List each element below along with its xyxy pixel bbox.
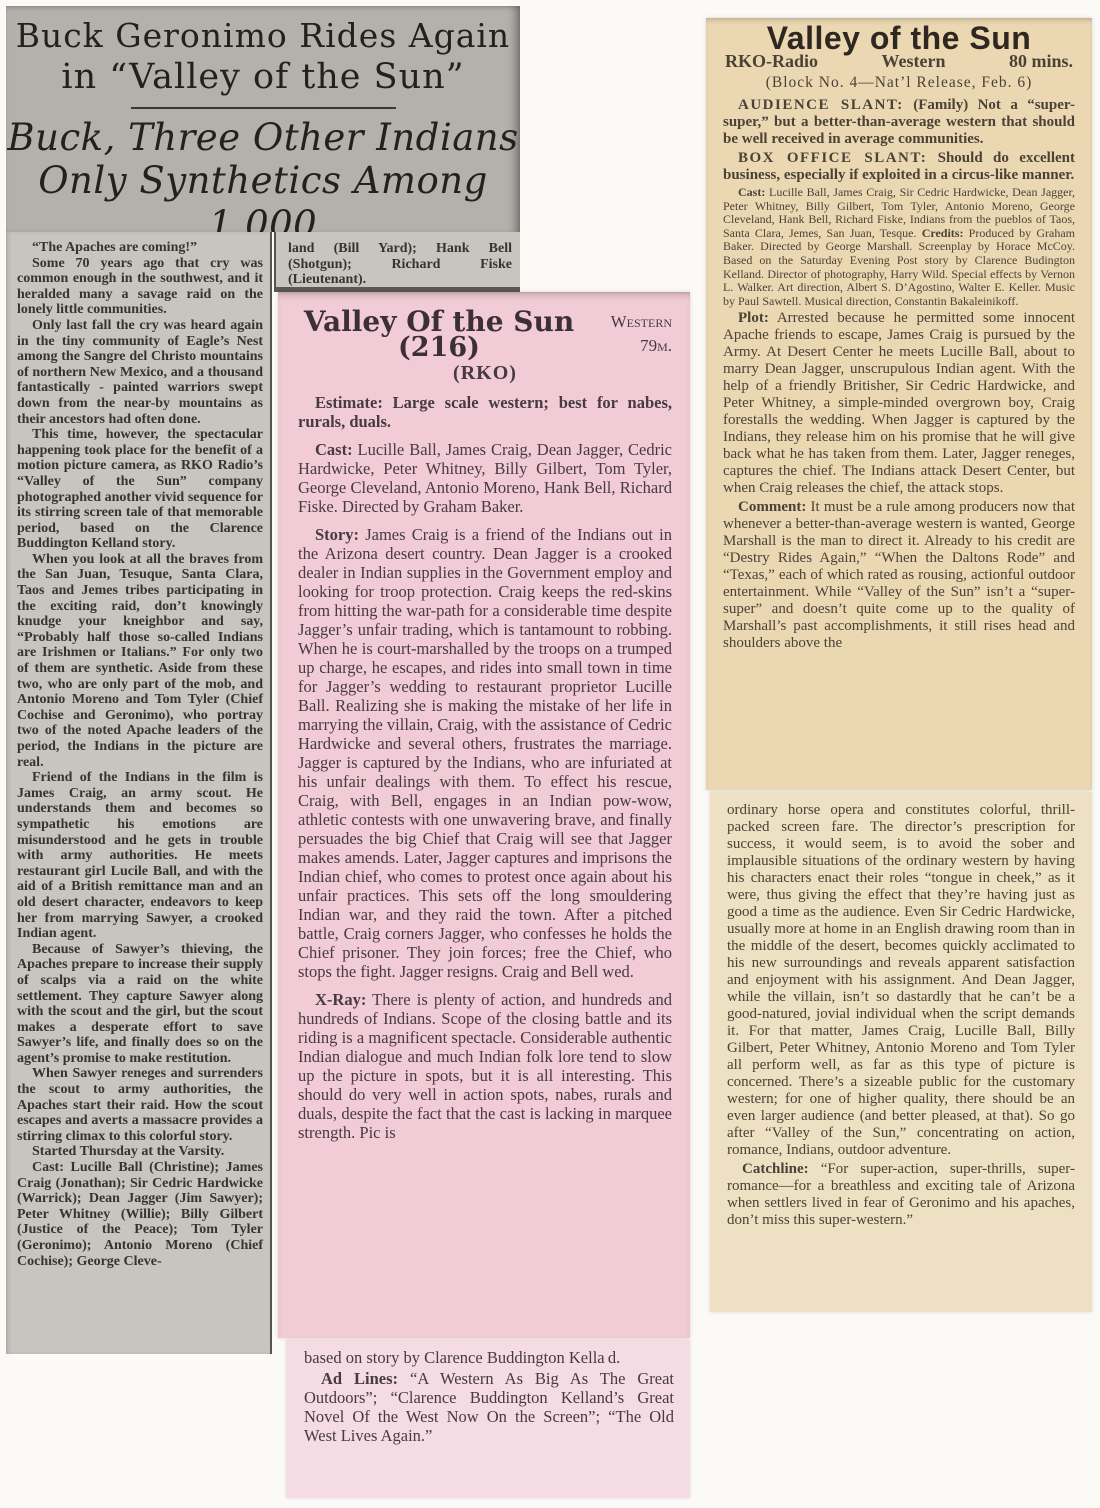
credits-label: Credits: xyxy=(922,226,964,240)
headline-divider xyxy=(131,107,396,109)
article-paragraph: Only last fall the cry was heard again i… xyxy=(17,318,263,427)
article-cast-paragraph: Cast: Lucille Ball (Christine); James Cr… xyxy=(17,1160,263,1269)
xray-continuation-text: based on story by Clarence Buddington Ke… xyxy=(304,1348,674,1367)
genre-runtime-block: Western 79m. xyxy=(580,306,672,358)
movie-title: Valley of the Sun xyxy=(723,30,1075,47)
xray-paragraph: X-Ray: There is plenty of action, and hu… xyxy=(298,990,672,1142)
article-paragraph: Some 70 years ago that cry was common en… xyxy=(17,256,263,318)
comment-text-part1: It must be a rule among producers now th… xyxy=(723,499,1075,651)
xray-label: X-Ray: xyxy=(315,990,366,1009)
plot-paragraph: Plot: Arrested because he permitted some… xyxy=(723,310,1075,497)
article-paragraph: “The Apaches are coming!” xyxy=(17,240,263,256)
pink-review-header: Valley Of the Sun (216) Western 79m. xyxy=(298,306,672,358)
adlines-paragraph: Ad Lines: “A Western As Big As The Great… xyxy=(304,1369,674,1445)
genre-label: Western xyxy=(882,53,946,70)
estimate-paragraph: Estimate: Large scale western; best for … xyxy=(298,393,672,431)
boxoffice-slant-label: BOX OFFICE SLANT: xyxy=(738,150,927,166)
catchline-label: Catchline: xyxy=(742,1161,809,1177)
comment-continuation-paragraph: ordinary horse opera and constitutes col… xyxy=(727,802,1075,1159)
pink-review-clipping-tail: based on story by Clarence Buddington Ke… xyxy=(286,1340,690,1498)
story-label: Story: xyxy=(315,525,359,544)
tan-review-clipping: Valley of the Sun RKO-Radio Western 80 m… xyxy=(706,18,1092,790)
headline-line2: in “Valley of the Sun” xyxy=(6,56,520,98)
story-paragraph: Story: James Craig is a friend of the In… xyxy=(298,525,672,981)
cast-label: Cast: xyxy=(315,440,353,459)
xray-text: There is plenty of action, and hundreds … xyxy=(298,990,672,1142)
cast-continuation-text: land (Bill Yard); Hank Bell (Shotgun); R… xyxy=(288,241,512,288)
plot-text: Arrested because he permitted some innoc… xyxy=(723,310,1075,496)
article-paragraph: Started Thursday at the Varsity. xyxy=(17,1144,263,1160)
runtime-label: 80 mins. xyxy=(1009,53,1073,70)
article-paragraph: When Sawyer reneges and surrenders the s… xyxy=(17,1066,263,1144)
release-block-line: (Block No. 4—Nat’l Release, Feb. 6) xyxy=(723,74,1075,91)
pink-title-block: Valley Of the Sun (216) xyxy=(298,306,580,358)
cast-text: Lucille Ball, James Craig, Dean Jagger, … xyxy=(298,440,672,516)
cast-credits-paragraph: Cast: Lucille Ball, James Craig, Sir Ced… xyxy=(723,186,1075,308)
audience-slant-label: AUDIENCE SLANT: xyxy=(738,97,904,113)
article-paragraph: This time, however, the spectacular happ… xyxy=(17,427,263,552)
estimate-label: Estimate: xyxy=(315,393,383,412)
subhead-line2: Only Synthetics Among 1,000 xyxy=(6,159,520,232)
tan-review-clipping-tail: ordinary horse opera and constitutes col… xyxy=(710,792,1092,1312)
plot-label: Plot: xyxy=(738,310,769,326)
scrapbook-page: Buck Geronimo Rides Again in “Valley of … xyxy=(0,0,1100,1508)
cast-label: Cast: xyxy=(738,185,765,199)
article-paragraph: Because of Sawyer’s thieving, the Apache… xyxy=(17,942,263,1067)
article-paragraph: Friend of the Indians in the film is Jam… xyxy=(17,770,263,942)
comment-paragraph: Comment: It must be a rule among produce… xyxy=(723,499,1075,652)
comment-label: Comment: xyxy=(738,499,806,515)
story-text: James Craig is a friend of the Indians o… xyxy=(298,525,672,981)
tan-meta-row: RKO-Radio Western 80 mins. xyxy=(725,53,1073,70)
genre-label: Western xyxy=(580,310,672,334)
pink-review-clipping: Valley Of the Sun (216) Western 79m. (RK… xyxy=(278,292,690,1338)
runtime-label: 79m. xyxy=(580,334,672,358)
cast-paragraph: Cast: Lucille Ball, James Craig, Dean Ja… xyxy=(298,440,672,516)
newsprint-clipping-body-column: “The Apaches are coming!” Some 70 years … xyxy=(6,232,272,1354)
newsprint-clipping-column2-fragment: land (Bill Yard); Hank Bell (Shotgun); R… xyxy=(274,232,520,292)
studio-label: RKO-Radio xyxy=(725,53,818,70)
headline-line1: Buck Geronimo Rides Again xyxy=(6,16,520,56)
boxoffice-slant-paragraph: BOX OFFICE SLANT: Should do excellent bu… xyxy=(723,150,1075,184)
subhead-line1: Buck, Three Other Indians xyxy=(6,116,520,160)
catchline-paragraph: Catchline: “For super-action, super-thri… xyxy=(727,1161,1075,1229)
studio-label: (RKO) xyxy=(298,364,672,383)
release-number: (216) xyxy=(298,338,580,357)
adlines-label: Ad Lines: xyxy=(321,1369,398,1388)
audience-slant-paragraph: AUDIENCE SLANT: (Family) Not a “super-su… xyxy=(723,97,1075,148)
article-paragraph: When you look at all the braves from the… xyxy=(17,552,263,770)
newsprint-clipping-headline: Buck Geronimo Rides Again in “Valley of … xyxy=(6,6,520,232)
